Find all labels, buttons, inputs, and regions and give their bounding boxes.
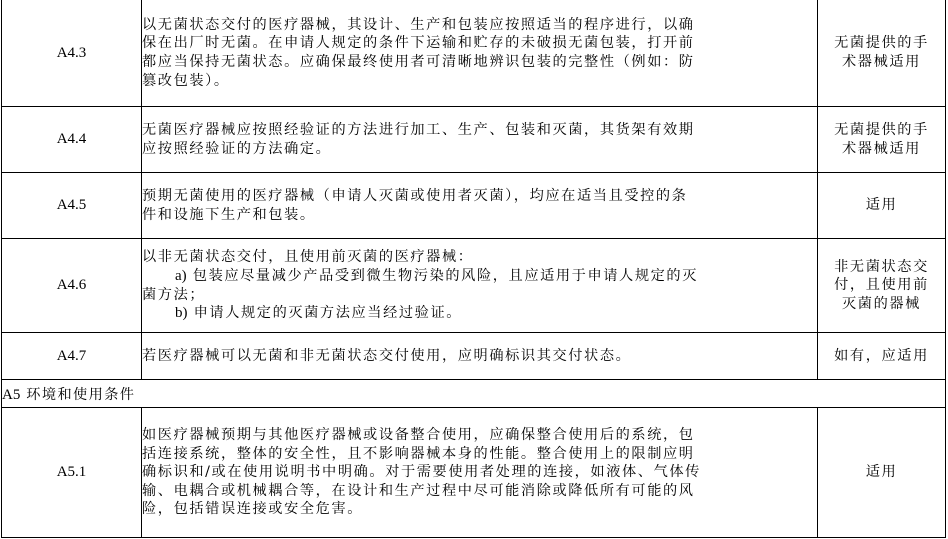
applicability: 无菌提供的手 术器械适用 [818,0,946,107]
clause-content: 预期无菌使用的医疗器械（申请人灭菌或使用者灭菌），均应在适当且受控的条 件和设施… [142,173,818,239]
table-row: A4.6 以非无菌状态交付，且使用前灭菌的医疗器械： a) 包装应尽量减少产品受… [2,239,946,333]
applicability-line: 适用 [818,463,945,482]
table-row: A5.1 如医疗器械预期与其他医疗器械或设备整合使用，应确保整合使用后的系统，包… [2,408,946,538]
list-marker: b) [175,305,188,321]
table-row: A4.4 无菌医疗器械应按照经验证的方法进行加工、生产、包装和灭菌，其货架有效期… [2,107,946,173]
list-item-a: a) 包装应尽量减少产品受到微生物污染的风险，且应适用于申请人规定的灭 [142,267,817,286]
content-line: 如医疗器械预期与其他医疗器械或设备整合使用，应确保整合使用后的系统，包 [142,426,817,445]
content-line: 确标识和/或在使用说明书中明确。对于需要使用者处理的连接，如液体、气体传 [142,463,817,482]
content-line: 括连接系统，整体的安全性，且不影响器械本身的性能。整合使用上的限制应明 [142,445,817,464]
section-code: A5 [2,387,20,403]
applicability-line: 如有，应适用 [818,347,945,366]
applicability: 如有，应适用 [818,333,946,380]
content-line: 以无菌状态交付的医疗器械，其设计、生产和包装应按照适当的程序进行，以确 [142,16,817,35]
clause-code: A4.7 [2,333,142,380]
clause-content: 无菌医疗器械应按照经验证的方法进行加工、生产、包装和灭菌，其货架有效期 应按照经… [142,107,818,173]
content-line: 篡改包装）。 [142,72,817,91]
content-line: 预期无菌使用的医疗器械（申请人灭菌或使用者灭菌），均应在适当且受控的条 [142,187,817,206]
applicability: 适用 [818,173,946,239]
section-title: 环境和使用条件 [26,387,135,403]
clause-code: A4.4 [2,107,142,173]
content-line: 应按照经验证的方法确定。 [142,140,817,159]
section-header: A5 环境和使用条件 [2,380,946,408]
applicability-line: 非无菌状态交 [818,258,945,277]
list-marker: a) [175,268,187,284]
applicability: 非无菌状态交 付，且使用前 灭菌的器械 [818,239,946,333]
clause-content: 以无菌状态交付的医疗器械，其设计、生产和包装应按照适当的程序进行，以确 保在出厂… [142,0,818,107]
table-row: A4.5 预期无菌使用的医疗器械（申请人灭菌或使用者灭菌），均应在适当且受控的条… [2,173,946,239]
content-line: 都应当保持无菌状态。应确保最终使用者可清晰地辨识包装的完整性（例如：防 [142,53,817,72]
clause-content: 以非无菌状态交付，且使用前灭菌的医疗器械： a) 包装应尽量减少产品受到微生物污… [142,239,818,333]
applicability: 无菌提供的手 术器械适用 [818,107,946,173]
content-line: 若医疗器械可以无菌和非无菌状态交付使用，应明确标识其交付状态。 [142,347,817,366]
table-row: A4.3 以无菌状态交付的医疗器械，其设计、生产和包装应按照适当的程序进行，以确… [2,0,946,107]
applicability-line: 术器械适用 [818,53,945,72]
applicability-line: 灭菌的器械 [818,295,945,314]
applicability-line: 无菌提供的手 [818,34,945,53]
section-header-row: A5 环境和使用条件 [2,380,946,408]
applicability: 适用 [818,408,946,538]
clause-code: A4.5 [2,173,142,239]
clause-code: A4.3 [2,0,142,107]
applicability-line: 术器械适用 [818,140,945,159]
clause-content: 如医疗器械预期与其他医疗器械或设备整合使用，应确保整合使用后的系统，包 括连接系… [142,408,818,538]
list-item-a-continuation: 菌方法； [142,286,817,305]
table-row: A4.7 若医疗器械可以无菌和非无菌状态交付使用，应明确标识其交付状态。 如有，… [2,333,946,380]
applicability-line: 无菌提供的手 [818,121,945,140]
list-text: 申请人规定的灭菌方法应当经过验证。 [194,305,462,321]
content-line: 件和设施下生产和包装。 [142,206,817,225]
applicability-line: 适用 [818,196,945,215]
list-text: 包装应尽量减少产品受到微生物污染的风险，且应适用于申请人规定的灭 [193,268,698,284]
applicability-line: 付，且使用前 [818,276,945,295]
clause-content: 若医疗器械可以无菌和非无菌状态交付使用，应明确标识其交付状态。 [142,333,818,380]
requirements-table: A4.3 以无菌状态交付的医疗器械，其设计、生产和包装应按照适当的程序进行，以确… [1,0,946,538]
content-line: 保在出厂时无菌。在申请人规定的条件下运输和贮存的未破损无菌包装，打开前 [142,34,817,53]
clause-code: A5.1 [2,408,142,538]
content-line: 险，包括错误连接或安全危害。 [142,500,817,519]
content-intro: 以非无菌状态交付，且使用前灭菌的医疗器械： [142,248,817,267]
content-line: 输、电耦合或机械耦合等，在设计和生产过程中尽可能消除或降低所有可能的风 [142,482,817,501]
content-line: 无菌医疗器械应按照经验证的方法进行加工、生产、包装和灭菌，其货架有效期 [142,121,817,140]
clause-code: A4.6 [2,239,142,333]
list-item-b: b) 申请人规定的灭菌方法应当经过验证。 [142,304,817,323]
